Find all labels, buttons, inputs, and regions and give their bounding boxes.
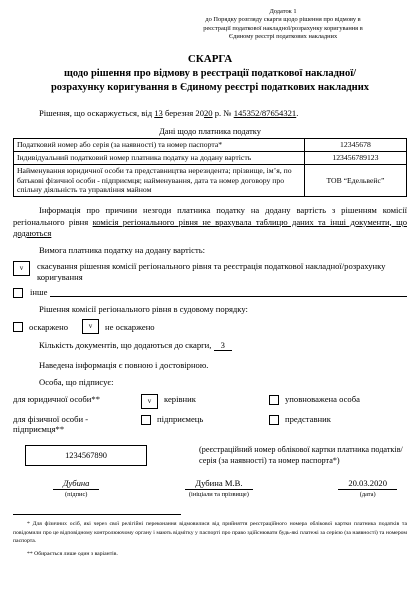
signature-date-field[interactable]: 20.03.2020 <box>338 478 397 490</box>
signer-individual-row: для фізичної особи - підприємця** підпри… <box>13 414 407 435</box>
signature-name-col: Дубина М.В. (ініціали та прізвище) <box>185 478 252 498</box>
footnotes: * Для фізичних осіб, які через свої релі… <box>13 514 407 558</box>
cancel-decision-label: скасування рішення комісії регіонального… <box>37 261 407 283</box>
signer-individual-option-entrepreneur: підприємець <box>141 414 269 425</box>
requirement-heading: Вимога платника податку на додану вартіс… <box>13 245 407 256</box>
row-value-tax-number[interactable]: 12345678 <box>304 138 406 151</box>
footnote-separator <box>13 514 181 515</box>
documents-count-field[interactable]: 3 <box>214 340 232 351</box>
other-checkbox[interactable] <box>13 288 23 298</box>
not-appealed-checkbox[interactable]: v <box>82 319 99 334</box>
registration-number-caption: (реєстраційний номер облікової картки пл… <box>199 445 407 466</box>
annex-line-1: Додаток 1 <box>159 8 407 16</box>
appealed-label: оскаржено <box>29 322 68 332</box>
authorized-person-checkbox[interactable] <box>269 395 279 405</box>
authorized-person-label: уповноважена особа <box>285 394 360 405</box>
signature-sign-col: Дубина (підпис) <box>53 478 99 498</box>
entrepreneur-label: підприємець <box>157 414 203 425</box>
title-main: СКАРГА <box>39 52 381 66</box>
annex-line-3: реєстрації податкової накладної/розрахун… <box>159 25 407 33</box>
documents-count-line: Кількість документів, що додаються до ск… <box>13 340 407 351</box>
footnote-passport: * Для фізичних осіб, які через свої релі… <box>13 520 407 545</box>
row-label-company-name: Найменування юридичної особи та представ… <box>14 164 305 197</box>
taxpayer-table: Податковий номер або серія (за наявності… <box>13 138 407 197</box>
decision-prefix: Рішення, що оскаржується, від <box>39 108 152 118</box>
signature-sign-field[interactable]: Дубина <box>53 478 99 490</box>
disagreement-info: Інформація про причини незгоди платника … <box>13 205 407 239</box>
signer-legal-label: для юридичної особи** <box>13 394 141 405</box>
requirement-option-other: інше <box>13 287 407 298</box>
decision-number-field[interactable]: 145352/87654321 <box>234 108 297 118</box>
representative-checkbox[interactable] <box>269 415 279 425</box>
other-label: інше <box>30 287 47 298</box>
decision-middle: р. № <box>215 108 232 118</box>
annex-line-4: Єдиному реєстрі податкових накладних <box>159 33 407 41</box>
footnote-one-option: ** Обирається лише один з варіантів. <box>13 550 407 558</box>
decision-suffix: . <box>296 108 298 118</box>
table-row-company-name: Найменування юридичної особи та представ… <box>14 164 407 197</box>
court-options: оскаржено v не оскаржено <box>13 319 407 334</box>
annex-line-2: до Порядку розгляду скарги щодо рішення … <box>159 16 407 24</box>
row-label-tax-number: Податковий номер або серія (за наявності… <box>14 138 305 151</box>
decision-year-field[interactable]: 20 <box>204 108 213 118</box>
signature-sign-caption: (підпис) <box>53 491 99 498</box>
decision-day-field[interactable]: 13 <box>154 108 163 118</box>
signature-date-caption: (дата) <box>338 491 397 498</box>
signature-name-caption: (ініціали та прізвище) <box>185 491 252 498</box>
statement-complete: Наведена інформація є повною і достовірн… <box>13 360 407 371</box>
taxpayer-table-title: Дані щодо платника податку <box>13 127 407 136</box>
page-title: СКАРГА щодо рішення про відмову в реєстр… <box>39 52 381 95</box>
registration-number-field[interactable]: 1234567890 <box>25 445 147 466</box>
appealed-checkbox[interactable] <box>13 322 23 332</box>
complaint-form-page: Додаток 1 до Порядку розгляду скарги щод… <box>0 0 420 600</box>
contested-decision-line: Рішення, що оскаржується, від 13 березня… <box>13 108 407 118</box>
signer-legal-option-authorized: уповноважена особа <box>269 394 360 405</box>
signer-legal-option-head: v керівник <box>141 394 269 409</box>
head-label: керівник <box>164 394 196 405</box>
row-value-vat-number[interactable]: 123456789123 <box>304 151 406 164</box>
documents-count-text: Кількість документів, що додаються до ск… <box>39 340 211 350</box>
entrepreneur-checkbox[interactable] <box>141 415 151 425</box>
head-checkbox[interactable]: v <box>141 394 158 409</box>
signature-name-field[interactable]: Дубина М.В. <box>185 478 252 490</box>
annex-reference: Додаток 1 до Порядку розгляду скарги щод… <box>159 8 407 41</box>
signer-individual-option-representative: представник <box>269 414 331 425</box>
not-appealed-label: не оскаржено <box>105 322 155 332</box>
row-label-vat-number: Індивідуальний податковий номер платника… <box>14 151 305 164</box>
other-blank-line[interactable] <box>50 287 407 297</box>
signer-individual-label: для фізичної особи - підприємця** <box>13 414 141 435</box>
signature-block: Дубина (підпис) Дубина М.В. (ініціали та… <box>53 478 397 498</box>
signature-date-col: 20.03.2020 (дата) <box>338 478 397 498</box>
representative-label: представник <box>285 414 331 425</box>
row-value-company-name[interactable]: ТОВ “Едельвейс” <box>304 164 406 197</box>
signer-legal-row: для юридичної особи** v керівник уповнов… <box>13 394 407 409</box>
table-row-tax-number: Податковий номер або серія (за наявності… <box>14 138 407 151</box>
decision-month: березня <box>165 108 193 118</box>
court-heading: Рішення комісії регіонального рівня в су… <box>13 304 407 315</box>
table-row-vat-number: Індивідуальний податковий номер платника… <box>14 151 407 164</box>
cancel-decision-checkbox[interactable]: v <box>13 261 30 276</box>
title-subtitle: щодо рішення про відмову в реєстрації по… <box>39 67 381 95</box>
statement-signer: Особа, що підписує: <box>13 377 407 388</box>
registration-number-block: 1234567890 (реєстраційний номер обліково… <box>13 445 407 466</box>
decision-century: 20 <box>195 108 204 118</box>
requirement-option-cancel: v скасування рішення комісії регіонально… <box>13 261 407 283</box>
